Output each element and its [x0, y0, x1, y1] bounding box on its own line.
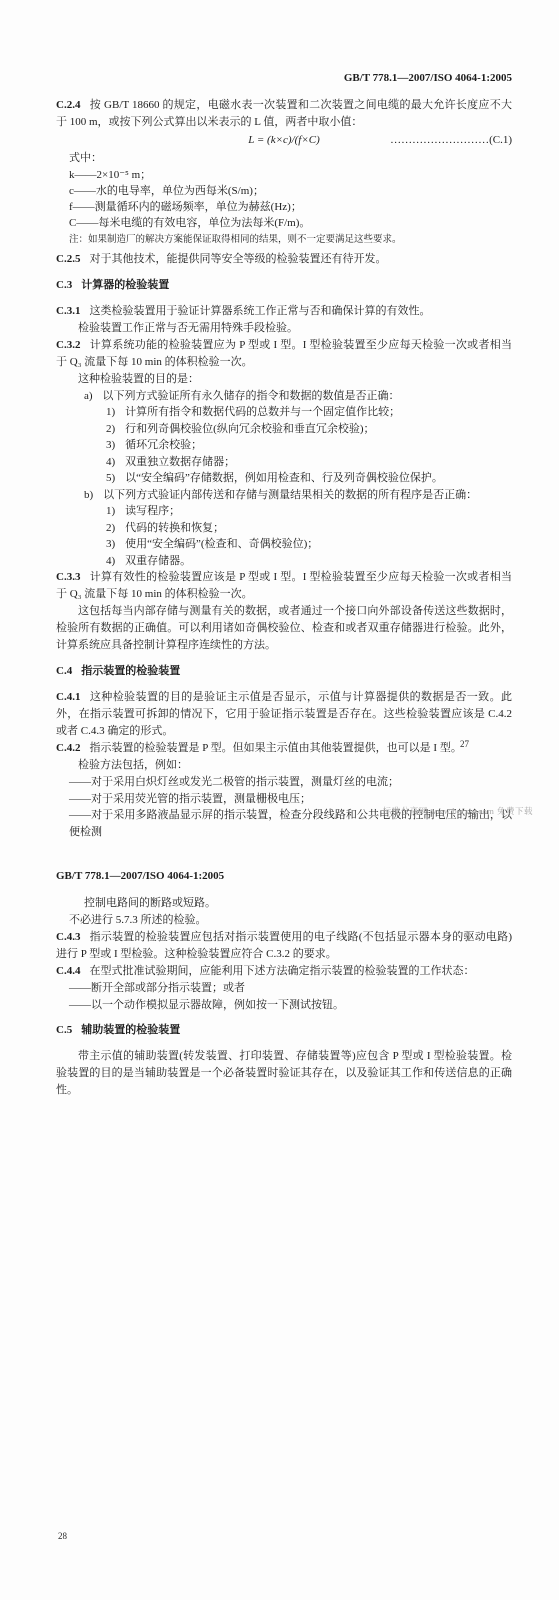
clause-c43-text: 指示装置的检验装置应包括对指示装置使用的电子线路(不包括显示器本身的驱动电路)进…: [56, 931, 512, 960]
list-item-b-text: 以下列方式验证内部传送和存储与测量结果相关的数据的所有程序是否正确：: [103, 489, 477, 501]
list-item-b1-text: 读写程序；: [125, 505, 180, 517]
list-item-a3-label: 3): [106, 439, 115, 451]
page-number-27: 27: [460, 739, 469, 749]
list-item-a: a)以下列方式验证所有永久储存的指令和数据的数值是否正确：: [56, 388, 512, 405]
dash-item-filament: ——对于采用白炽灯丝或发光二极管的指示装置，测量灯丝的电流；: [56, 774, 512, 791]
clause-c32-text: 计算系统功能的检验装置应为 P 型或 I 型。I 型检验装置至少应每天检验一次或…: [56, 339, 512, 368]
list-item-b-label: b): [84, 489, 93, 501]
page-27-content: GB/T 778.1—2007/ISO 4064-1:2005 C.2.4按 G…: [56, 70, 512, 840]
list-item-a5: 5)以“安全编码”存储数据，例如用检查和、行及列奇偶校验位保护。: [56, 470, 512, 487]
clause-c31-text: 这类检验装置用于验证计算器系统工作正常与否和确保计算的有效性。: [89, 305, 430, 317]
list-item-a4-label: 4): [106, 456, 115, 468]
clause-c41-number: C.4.1: [56, 691, 80, 703]
clause-c43: C.4.3指示装置的检验装置应包括对指示装置使用的电子线路(不包括显示器本身的驱…: [56, 929, 512, 963]
clause-c33: C.3.3计算有效性的检验装置应该是 P 型或 I 型。I 型检验装置至少应每天…: [56, 569, 512, 603]
page-28-header: GB/T 778.1—2007/ISO 4064-1:2005: [56, 868, 512, 885]
list-item-b3: 3)使用“安全编码”(检查和、奇偶校验位)；: [56, 536, 512, 553]
clause-c33-text: 计算有效性的检验装置应该是 P 型或 I 型。I 型检验装置至少应每天检验一次或…: [56, 571, 512, 600]
dash-item-simulate-fault: ——以一个动作模拟显示器故障，例如按一下测试按钮。: [56, 997, 512, 1014]
clause-c24: C.2.4按 GB/T 18660 的规定，电磁水表一次装置和二次装置之间电缆的…: [56, 97, 512, 131]
dash-item-disconnect: ——断开全部或部分指示装置；或者: [56, 980, 512, 997]
clause-c42-methods-lead: 检验方法包括，例如：: [56, 757, 512, 774]
list-item-a2-text: 行和列奇偶校验位(纵向冗余校验和垂直冗余校验)；: [125, 423, 374, 435]
symbol-def-f: f——测量循环内的磁场频率，单位为赫兹(Hz)；: [56, 199, 512, 215]
clause-c25: C.2.5对于其他技术，能提供同等安全等级的检验装置还有待开发。: [56, 251, 512, 268]
heading-c5-title: 辅助装置的检验装置: [81, 1024, 180, 1036]
list-item-a1-text: 计算所有指令和数据代码的总数并与一个固定值作比较；: [125, 406, 400, 418]
list-item-a3-text: 循环冗余校验；: [125, 439, 202, 451]
formula-c1: L = (k×c)/(f×C) ………………………(C.1): [56, 132, 512, 149]
clause-c33-number: C.3.3: [56, 571, 80, 583]
list-item-b1: 1)读写程序；: [56, 503, 512, 520]
clause-c25-text: 对于其他技术，能提供同等安全等级的检验装置还有待开发。: [89, 253, 386, 265]
list-item-b2-label: 2): [106, 522, 115, 534]
list-item-b3-text: 使用“安全编码”(检查和、奇偶校验位)；: [125, 538, 318, 550]
heading-c3: C.3计算器的检验装置: [56, 277, 512, 294]
heading-c4-title: 指示装置的检验装置: [81, 665, 180, 677]
list-item-b1-label: 1): [106, 505, 115, 517]
list-item-a-label: a): [84, 390, 93, 402]
heading-c4: C.4指示装置的检验装置: [56, 663, 512, 680]
clause-c44-text: 在型式批准试验期间，应能利用下述方法确定指示装置的检验装置的工作状态：: [89, 965, 474, 977]
clause-c42-number: C.4.2: [56, 742, 80, 754]
clause-c44-number: C.4.4: [56, 965, 80, 977]
clause-c5-paragraph: 带主示值的辅助装置(转发装置、打印装置、存储装置等)应包含 P 型或 I 型检验…: [56, 1048, 512, 1099]
page-27-header: GB/T 778.1—2007/ISO 4064-1:2005: [56, 70, 512, 87]
formula-c1-label: ………………………(C.1): [390, 132, 512, 149]
list-item-b2: 2)代码的转换和恢复；: [56, 520, 512, 537]
carryover-line-1: 控制电路间的断路或短路。: [56, 895, 512, 912]
list-item-a2: 2)行和列奇偶校验位(纵向冗余校验和垂直冗余校验)；: [56, 421, 512, 438]
list-item-a1: 1)计算所有指令和数据代码的总数并与一个固定值作比较；: [56, 404, 512, 421]
list-item-a5-text: 以“安全编码”存储数据，例如用检查和、行及列奇偶校验位保护。: [125, 472, 443, 484]
note-c24: 注：如果制造厂的解决方案能保证取得相同的结果，则不一定要满足这些要求。: [56, 233, 512, 248]
clause-c32-number: C.3.2: [56, 339, 80, 351]
clause-c44: C.4.4在型式批准试验期间，应能利用下述方法确定指示装置的检验装置的工作状态：: [56, 963, 512, 980]
clause-c42: C.4.2指示装置的检验装置是 P 型。但如果主示值由其他装置提供，也可以是 I…: [56, 740, 512, 757]
clause-c41-text: 这种检验装置的目的是验证主示值是否显示，示值与计算器提供的数据是否一致。此外，在…: [56, 691, 512, 737]
list-item-a1-label: 1): [106, 406, 115, 418]
list-item-a4: 4)双重独立数据存储器；: [56, 454, 512, 471]
heading-c5: C.5辅助装置的检验装置: [56, 1022, 512, 1039]
clause-c31-continuation: 检验装置工作正常与否无需用特殊手段检验。: [56, 320, 512, 337]
symbol-def-c: c——水的电导率，单位为西每米(S/m)；: [56, 183, 512, 199]
watermark-text: 标准分享网 www.bzfxw.com 免费下载: [383, 805, 533, 817]
heading-c4-number: C.4: [56, 665, 72, 677]
clause-c43-number: C.4.3: [56, 931, 80, 943]
clause-c32-purpose: 这种检验装置的目的是：: [56, 371, 512, 388]
heading-c3-title: 计算器的检验装置: [81, 279, 169, 291]
list-item-b: b)以下列方式验证内部传送和存储与测量结果相关的数据的所有程序是否正确：: [56, 487, 512, 504]
clause-c25-number: C.2.5: [56, 253, 80, 265]
heading-c5-number: C.5: [56, 1024, 72, 1036]
clause-c31-number: C.3.1: [56, 305, 80, 317]
clause-c31: C.3.1这类检验装置用于验证计算器系统工作正常与否和确保计算的有效性。: [56, 303, 512, 320]
list-item-a5-label: 5): [106, 472, 115, 484]
clause-c24-text: 按 GB/T 18660 的规定，电磁水表一次装置和二次装置之间电缆的最大允许长…: [56, 99, 512, 128]
heading-c3-number: C.3: [56, 279, 72, 291]
clause-c41: C.4.1这种检验装置的目的是验证主示值是否显示，示值与计算器提供的数据是否一致…: [56, 689, 512, 740]
carryover-line-2: 不必进行 5.7.3 所述的检验。: [56, 912, 512, 929]
page-number-28: 28: [58, 1531, 67, 1541]
symbol-def-C: C——每米电缆的有效电容，单位为法每米(F/m)。: [56, 215, 512, 231]
list-item-b3-label: 3): [106, 538, 115, 550]
where-label: 式中：: [56, 150, 512, 167]
clause-c42-text: 指示装置的检验装置是 P 型。但如果主示值由其他装置提供，也可以是 I 型。: [89, 742, 461, 754]
clause-c24-number: C.2.4: [56, 99, 80, 111]
list-item-a-text: 以下列方式验证所有永久储存的指令和数据的数值是否正确：: [103, 390, 400, 402]
scanned-document-sheet: GB/T 778.1—2007/ISO 4064-1:2005 C.2.4按 G…: [0, 0, 559, 1600]
clause-c32: C.3.2计算系统功能的检验装置应为 P 型或 I 型。I 型检验装置至少应每天…: [56, 337, 512, 371]
clause-c33-continuation: 这包括每当内部存储与测量有关的数据，或者通过一个接口向外部设备传送这些数据时，检…: [56, 603, 512, 654]
list-item-b2-text: 代码的转换和恢复；: [125, 522, 224, 534]
list-item-b4-label: 4): [106, 555, 115, 567]
list-item-a3: 3)循环冗余校验；: [56, 437, 512, 454]
list-item-b4: 4)双重存储器。: [56, 553, 512, 570]
list-item-a4-text: 双重独立数据存储器；: [125, 456, 235, 468]
list-item-a2-label: 2): [106, 423, 115, 435]
list-item-b4-text: 双重存储器。: [125, 555, 191, 567]
symbol-def-k: k——2×10⁻⁵ m；: [56, 167, 512, 183]
page-28-content: GB/T 778.1—2007/ISO 4064-1:2005 控制电路间的断路…: [56, 868, 512, 1099]
